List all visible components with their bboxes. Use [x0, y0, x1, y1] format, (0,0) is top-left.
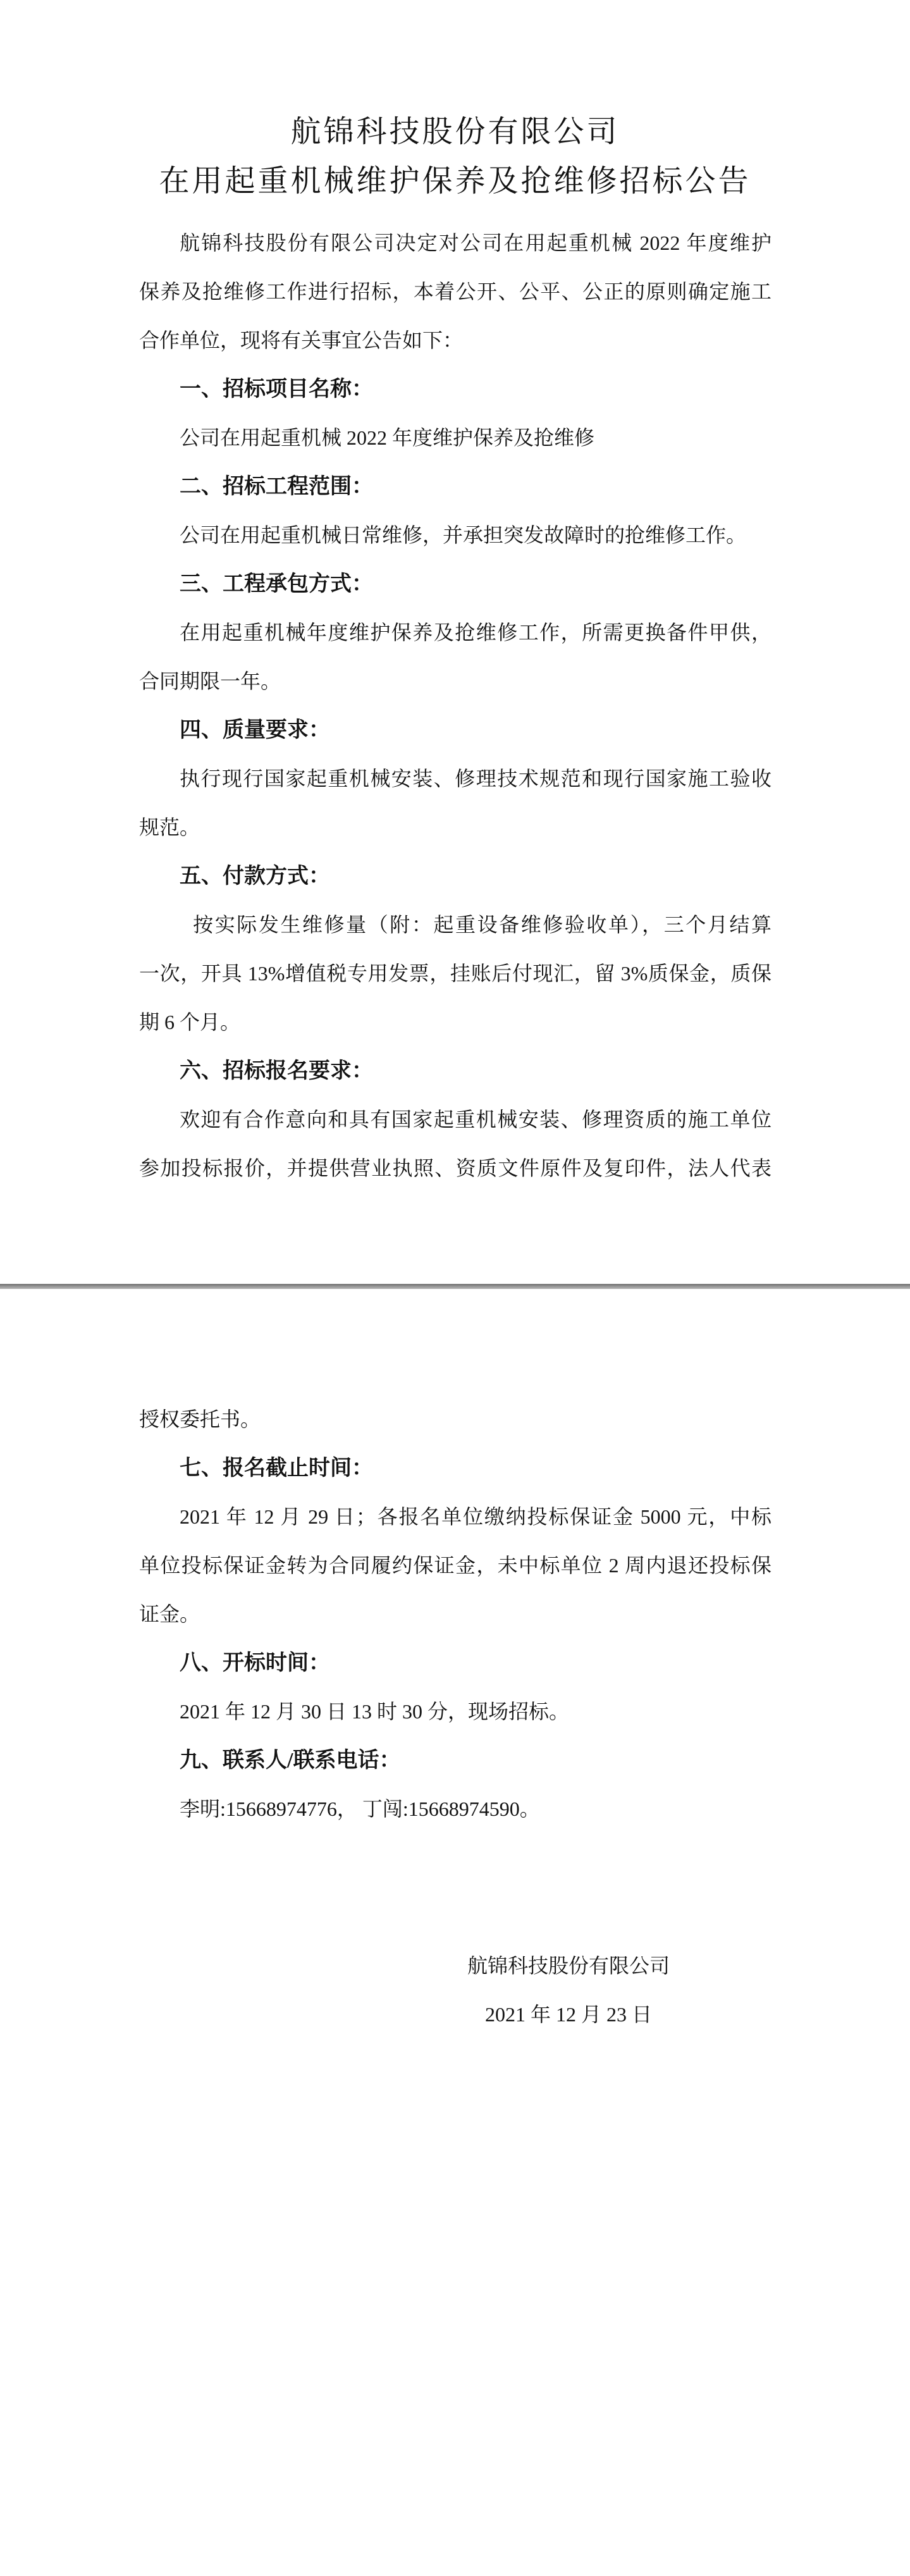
- section-3-line-1: 在用起重机械年度维护保养及抢维修工作，所需更换备件甲供，: [139, 608, 772, 657]
- signature-date: 2021 年 12 月 23 日: [467, 1990, 670, 2039]
- section-3-line-2: 合同期限一年。: [139, 657, 772, 706]
- intro-line-1: 航锦科技股份有限公司决定对公司在用起重机械 2022 年度维护: [139, 219, 772, 268]
- intro-line-3: 合作单位，现将有关事宜公告如下：: [139, 316, 772, 365]
- page-divider: [0, 1284, 910, 1289]
- section-7-line-1: 2021 年 12 月 29 日；各报名单位缴纳投标保证金 5000 元，中标: [139, 1493, 772, 1541]
- section-3-heading: 三、工程承包方式：: [139, 560, 772, 608]
- section-5-line-1: 按实际发生维修量（附：起重设备维修验收单），三个月结算: [139, 901, 772, 949]
- document-title-line-2: 在用起重机械维护保养及抢维修招标公告: [0, 157, 910, 206]
- document-page-1: 航锦科技股份有限公司 在用起重机械维护保养及抢维修招标公告 航锦科技股份有限公司…: [0, 0, 910, 1284]
- page-2-text-column: 授权委托书。 七、报名截止时间： 2021 年 12 月 29 日；各报名单位缴…: [139, 1395, 772, 2039]
- section-5-heading: 五、付款方式：: [139, 852, 772, 901]
- section-7-line-3: 证金。: [139, 1590, 772, 1639]
- page-1-text-column: 航锦科技股份有限公司决定对公司在用起重机械 2022 年度维护 保养及抢维修工作…: [139, 219, 772, 1193]
- section-7-line-2: 单位投标保证金转为合同履约保证金，未中标单位 2 周内退还投标保: [139, 1541, 772, 1590]
- section-9-line-1: 李明:15668974776， 丁闯:15668974590。: [139, 1785, 772, 1833]
- section-6-line-1: 欢迎有合作意向和具有国家起重机械安装、修理资质的施工单位: [139, 1095, 772, 1144]
- section-6-line-2: 参加投标报价，并提供营业执照、资质文件原件及复印件，法人代表: [139, 1144, 772, 1193]
- document-title: 航锦科技股份有限公司 在用起重机械维护保养及抢维修招标公告: [0, 108, 910, 206]
- section-2-line-1: 公司在用起重机械日常维修，并承担突发故障时的抢维修工作。: [139, 511, 772, 560]
- section-4-line-2: 规范。: [139, 803, 772, 852]
- document-title-line-1: 航锦科技股份有限公司: [0, 108, 910, 157]
- section-2-heading: 二、招标工程范围：: [139, 462, 772, 511]
- section-9-heading: 九、联系人/联系电话：: [139, 1736, 772, 1785]
- signature-block: 航锦科技股份有限公司 2021 年 12 月 23 日: [467, 1942, 670, 2039]
- section-7-heading: 七、报名截止时间：: [139, 1444, 772, 1493]
- section-6-continuation-line: 授权委托书。: [139, 1395, 772, 1444]
- section-8-heading: 八、开标时间：: [139, 1639, 772, 1687]
- document-page-2: 授权委托书。 七、报名截止时间： 2021 年 12 月 29 日；各报名单位缴…: [0, 1289, 910, 2576]
- document: 航锦科技股份有限公司 在用起重机械维护保养及抢维修招标公告 航锦科技股份有限公司…: [0, 0, 910, 2576]
- section-6-heading: 六、招标报名要求：: [139, 1047, 772, 1095]
- section-5-line-3: 期 6 个月。: [139, 998, 772, 1047]
- intro-line-2: 保养及抢维修工作进行招标，本着公开、公平、公正的原则确定施工: [139, 268, 772, 316]
- section-4-heading: 四、质量要求：: [139, 706, 772, 755]
- section-5-line-2: 一次，开具 13%增值税专用发票，挂账后付现汇，留 3%质保金，质保: [139, 949, 772, 998]
- section-4-line-1: 执行现行国家起重机械安装、修理技术规范和现行国家施工验收: [139, 755, 772, 803]
- section-1-heading: 一、招标项目名称：: [139, 365, 772, 414]
- signature-company: 航锦科技股份有限公司: [467, 1942, 670, 1990]
- section-8-line-1: 2021 年 12 月 30 日 13 时 30 分，现场招标。: [139, 1687, 772, 1736]
- section-1-line-1: 公司在用起重机械 2022 年度维护保养及抢维修: [139, 414, 772, 462]
